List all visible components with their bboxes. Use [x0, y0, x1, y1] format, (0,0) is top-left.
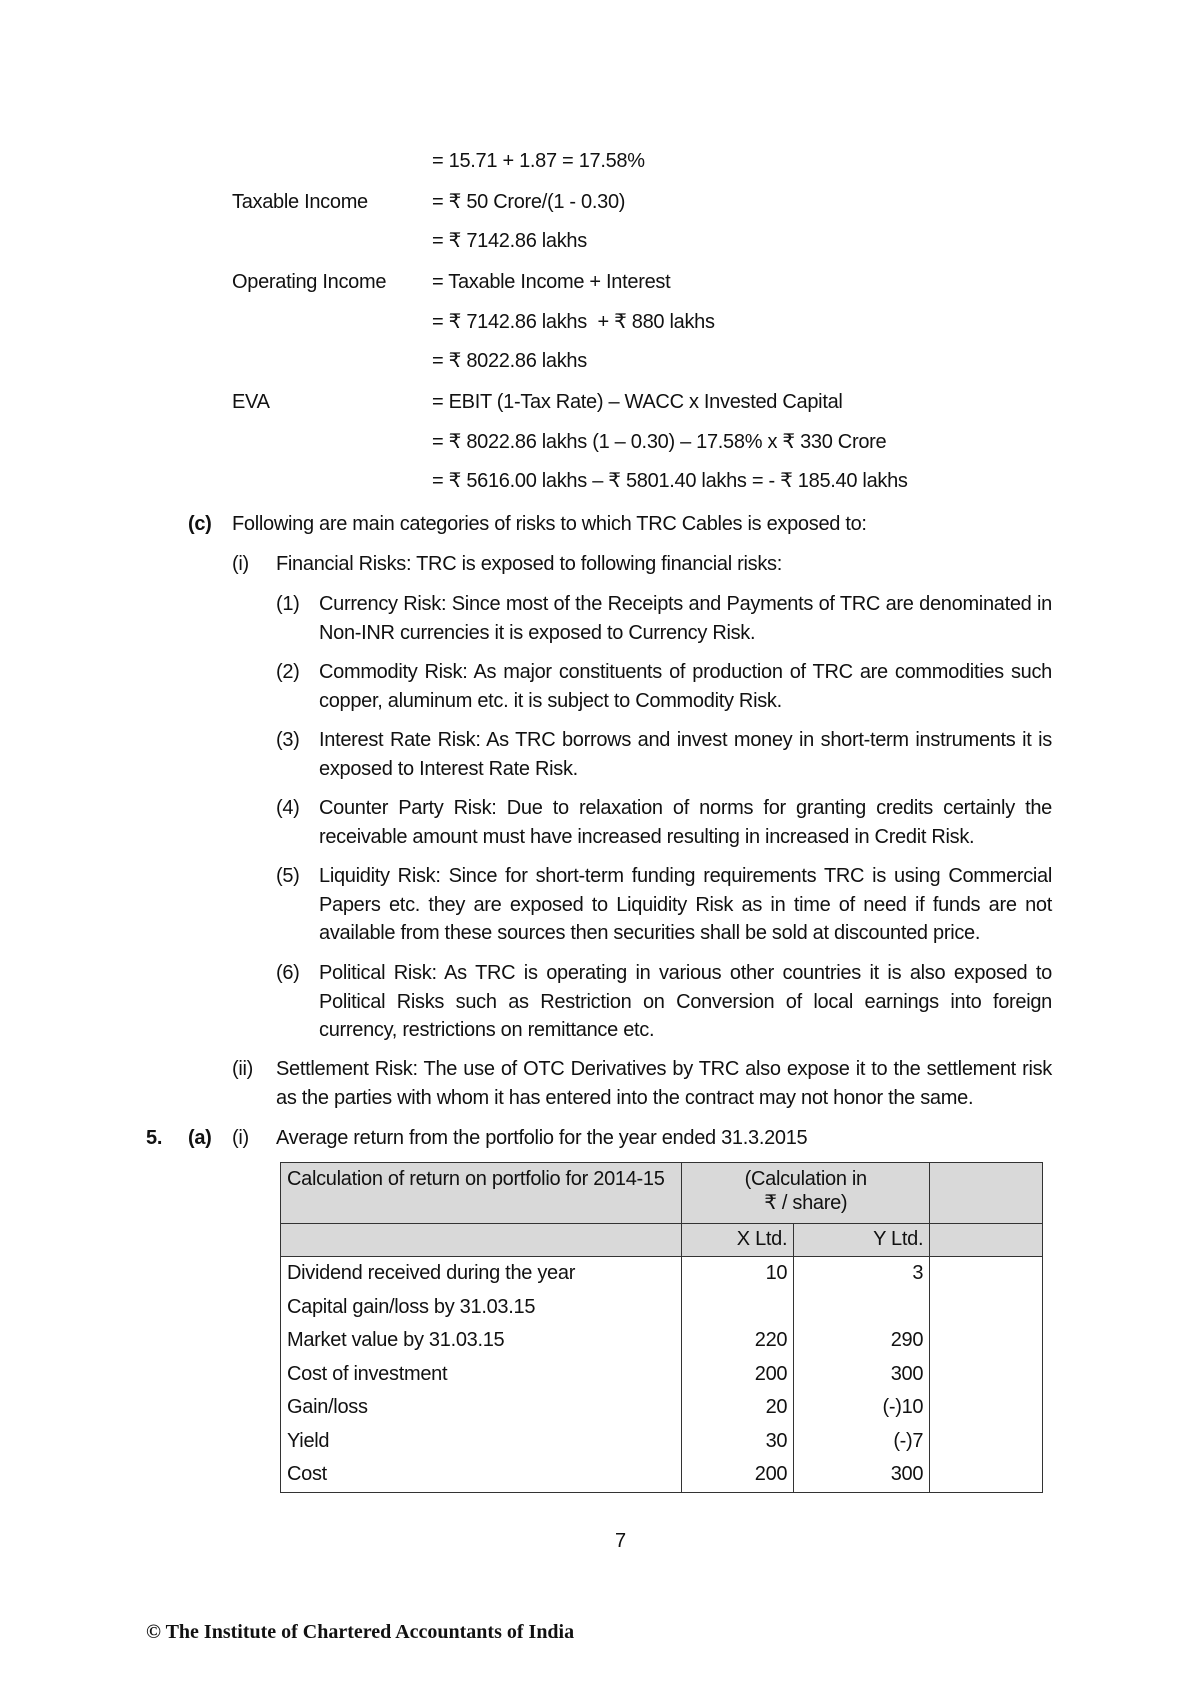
- calc-line: = ₹ 7142.86 lakhs: [432, 227, 587, 255]
- table-empty-cell: [930, 1358, 1043, 1392]
- question-sub: (i): [232, 1124, 249, 1152]
- table-title: Calculation of return on portfolio for 2…: [281, 1163, 682, 1224]
- table-empty-cell: [281, 1224, 682, 1257]
- table-empty-cell: [930, 1391, 1043, 1425]
- section-intro: Following are main categories of risks t…: [232, 510, 867, 538]
- row-label: Gain/loss: [281, 1391, 682, 1425]
- calc-label-operating: Operating Income: [232, 268, 386, 296]
- calc-label-eva: EVA: [232, 388, 270, 416]
- settlement-risk: Settlement Risk: The use of OTC Derivati…: [276, 1055, 1052, 1112]
- cell-x: 220: [682, 1324, 794, 1358]
- cell-y: [794, 1291, 930, 1325]
- cell-x: 10: [682, 1257, 794, 1291]
- col-header-y: Y Ltd.: [794, 1224, 930, 1257]
- row-label: Yield: [281, 1425, 682, 1459]
- table-empty-cell: [930, 1425, 1043, 1459]
- risk-item: Interest Rate Risk: As TRC borrows and i…: [319, 726, 1052, 783]
- calc-line: = EBIT (1-Tax Rate) – WACC x Invested Ca…: [432, 388, 843, 416]
- calc-line: = ₹ 5616.00 lakhs – ₹ 5801.40 lakhs = - …: [432, 467, 908, 495]
- risk-item: Counter Party Risk: Due to relaxation of…: [319, 794, 1052, 851]
- item-marker: (1): [276, 590, 300, 618]
- cell-x: 20: [682, 1391, 794, 1425]
- item-marker: (ii): [232, 1055, 253, 1083]
- risk-item: Currency Risk: Since most of the Receipt…: [319, 590, 1052, 647]
- item-marker: (2): [276, 658, 300, 686]
- table-unit-note: (Calculation in ₹ / share): [682, 1163, 930, 1224]
- row-label: Market value by 31.03.15: [281, 1324, 682, 1358]
- question-number: 5.: [146, 1124, 162, 1152]
- cell-x: 30: [682, 1425, 794, 1459]
- risk-item: Political Risk: As TRC is operating in v…: [319, 959, 1052, 1045]
- calc-line: = ₹ 8022.86 lakhs (1 – 0.30) – 17.58% x …: [432, 428, 886, 456]
- question-part: (a): [188, 1124, 212, 1152]
- calc-line: = ₹ 7142.86 lakhs + ₹ 880 lakhs: [432, 308, 715, 336]
- row-label: Capital gain/loss by 31.03.15: [281, 1291, 682, 1325]
- col-header-x: X Ltd.: [682, 1224, 794, 1257]
- calc-line: = ₹ 8022.86 lakhs: [432, 347, 587, 375]
- calc-label-taxable: Taxable Income: [232, 188, 368, 216]
- table-empty-cell: [930, 1163, 1043, 1224]
- table-empty-cell: [930, 1257, 1043, 1291]
- item-text: Financial Risks: TRC is exposed to follo…: [276, 550, 782, 578]
- item-marker: (i): [232, 550, 249, 578]
- table-empty-cell: [930, 1458, 1043, 1492]
- page-number: 7: [615, 1527, 626, 1555]
- table-empty-cell: [930, 1291, 1043, 1325]
- item-marker: (4): [276, 794, 300, 822]
- cell-y: 300: [794, 1358, 930, 1392]
- portfolio-return-table: Calculation of return on portfolio for 2…: [280, 1162, 1043, 1493]
- risk-item: Commodity Risk: As major constituents of…: [319, 658, 1052, 715]
- cell-x: [682, 1291, 794, 1325]
- table-empty-cell: [930, 1324, 1043, 1358]
- row-label: Dividend received during the year: [281, 1257, 682, 1291]
- question-heading: Average return from the portfolio for th…: [276, 1124, 807, 1152]
- row-label: Cost of investment: [281, 1358, 682, 1392]
- cell-y: (-)10: [794, 1391, 930, 1425]
- calc-line: = 15.71 + 1.87 = 17.58%: [432, 147, 645, 175]
- risk-item: Liquidity Risk: Since for short-term fun…: [319, 862, 1052, 948]
- footer-copyright: © The Institute of Chartered Accountants…: [146, 1621, 574, 1644]
- cell-y: 3: [794, 1257, 930, 1291]
- calc-line: = ₹ 50 Crore/(1 - 0.30): [432, 188, 625, 216]
- cell-x: 200: [682, 1358, 794, 1392]
- section-marker: (c): [188, 510, 212, 538]
- item-marker: (6): [276, 959, 300, 987]
- cell-y: 290: [794, 1324, 930, 1358]
- cell-y: (-)7: [794, 1425, 930, 1459]
- calc-line: = Taxable Income + Interest: [432, 268, 670, 296]
- cell-y: 300: [794, 1458, 930, 1492]
- item-marker: (3): [276, 726, 300, 754]
- cell-x: 200: [682, 1458, 794, 1492]
- table-empty-cell: [930, 1224, 1043, 1257]
- row-label: Cost: [281, 1458, 682, 1492]
- item-marker: (5): [276, 862, 300, 890]
